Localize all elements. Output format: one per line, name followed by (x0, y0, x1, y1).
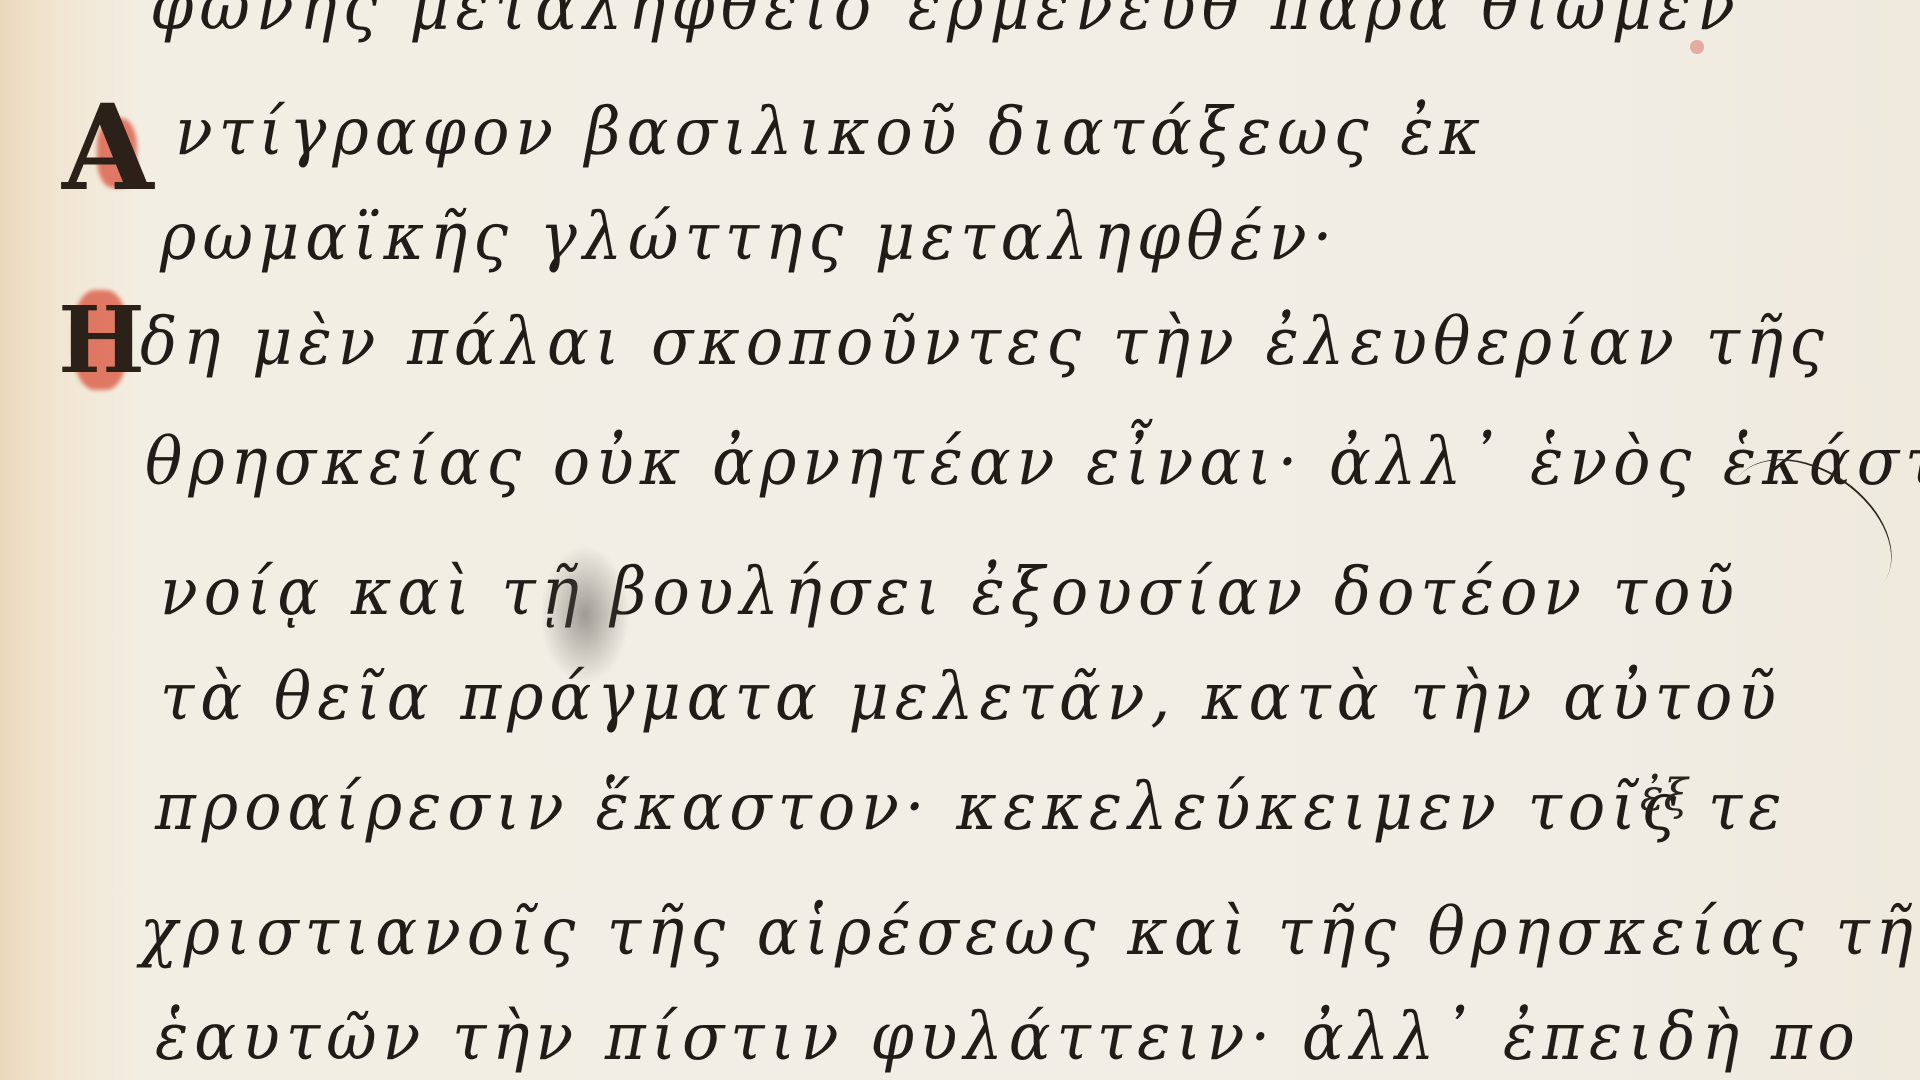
red-ink-spot (1690, 40, 1704, 54)
initial-letter: Η (58, 286, 145, 394)
rubricated-initial-alpha: Α (62, 88, 172, 208)
manuscript-line: ρωμαϊκῆς γλώττης μεταληφθέν· (160, 198, 1338, 275)
rubricated-initial-eta: Η (58, 290, 138, 400)
manuscript-line: δη μὲν πάλαι σκοποῦντες τὴν ἐλευθερίαν τ… (140, 303, 1830, 380)
manuscript-page: Α Η φωνῆς μεταληφθεῖσ ἑρμενευθ παρὰ θιώμ… (0, 0, 1920, 1080)
manuscript-line: χριστιανοῖς τῆς αἱρέσεως καὶ τῆς θρησκεί… (140, 893, 1920, 970)
manuscript-line: νοίᾳ καὶ τῇ βουλήσει ἐξουσίαν δοτέον τοῦ (160, 553, 1740, 630)
manuscript-line: προαίρεσιν ἕκαστον· κεκελεύκειμεν τοῖς τ… (155, 768, 1788, 845)
manuscript-line: θρησκείας οὐκ ἀρνητέαν εἶναι· ἀλλ᾽ ἑνὸς … (145, 423, 1920, 500)
manuscript-line: τὰ θεῖα πράγματα μελετᾶν, κατὰ τὴν αὐτοῦ (160, 658, 1782, 735)
initial-letter: Α (62, 78, 154, 217)
manuscript-line: φωνῆς μεταληφθεῖσ ἑρμενευθ παρὰ θιώμεν (150, 0, 1741, 45)
manuscript-line: ντίγραφον βασιλικοῦ διατάξεως ἐκ (175, 93, 1486, 170)
margin-note: ἐξ (1640, 770, 1688, 821)
ink-smudge (540, 545, 630, 685)
manuscript-line: ἑαυτῶν τὴν πίστιν φυλάττειν· ἀλλ᾽ ἐπειδὴ… (155, 998, 1861, 1075)
